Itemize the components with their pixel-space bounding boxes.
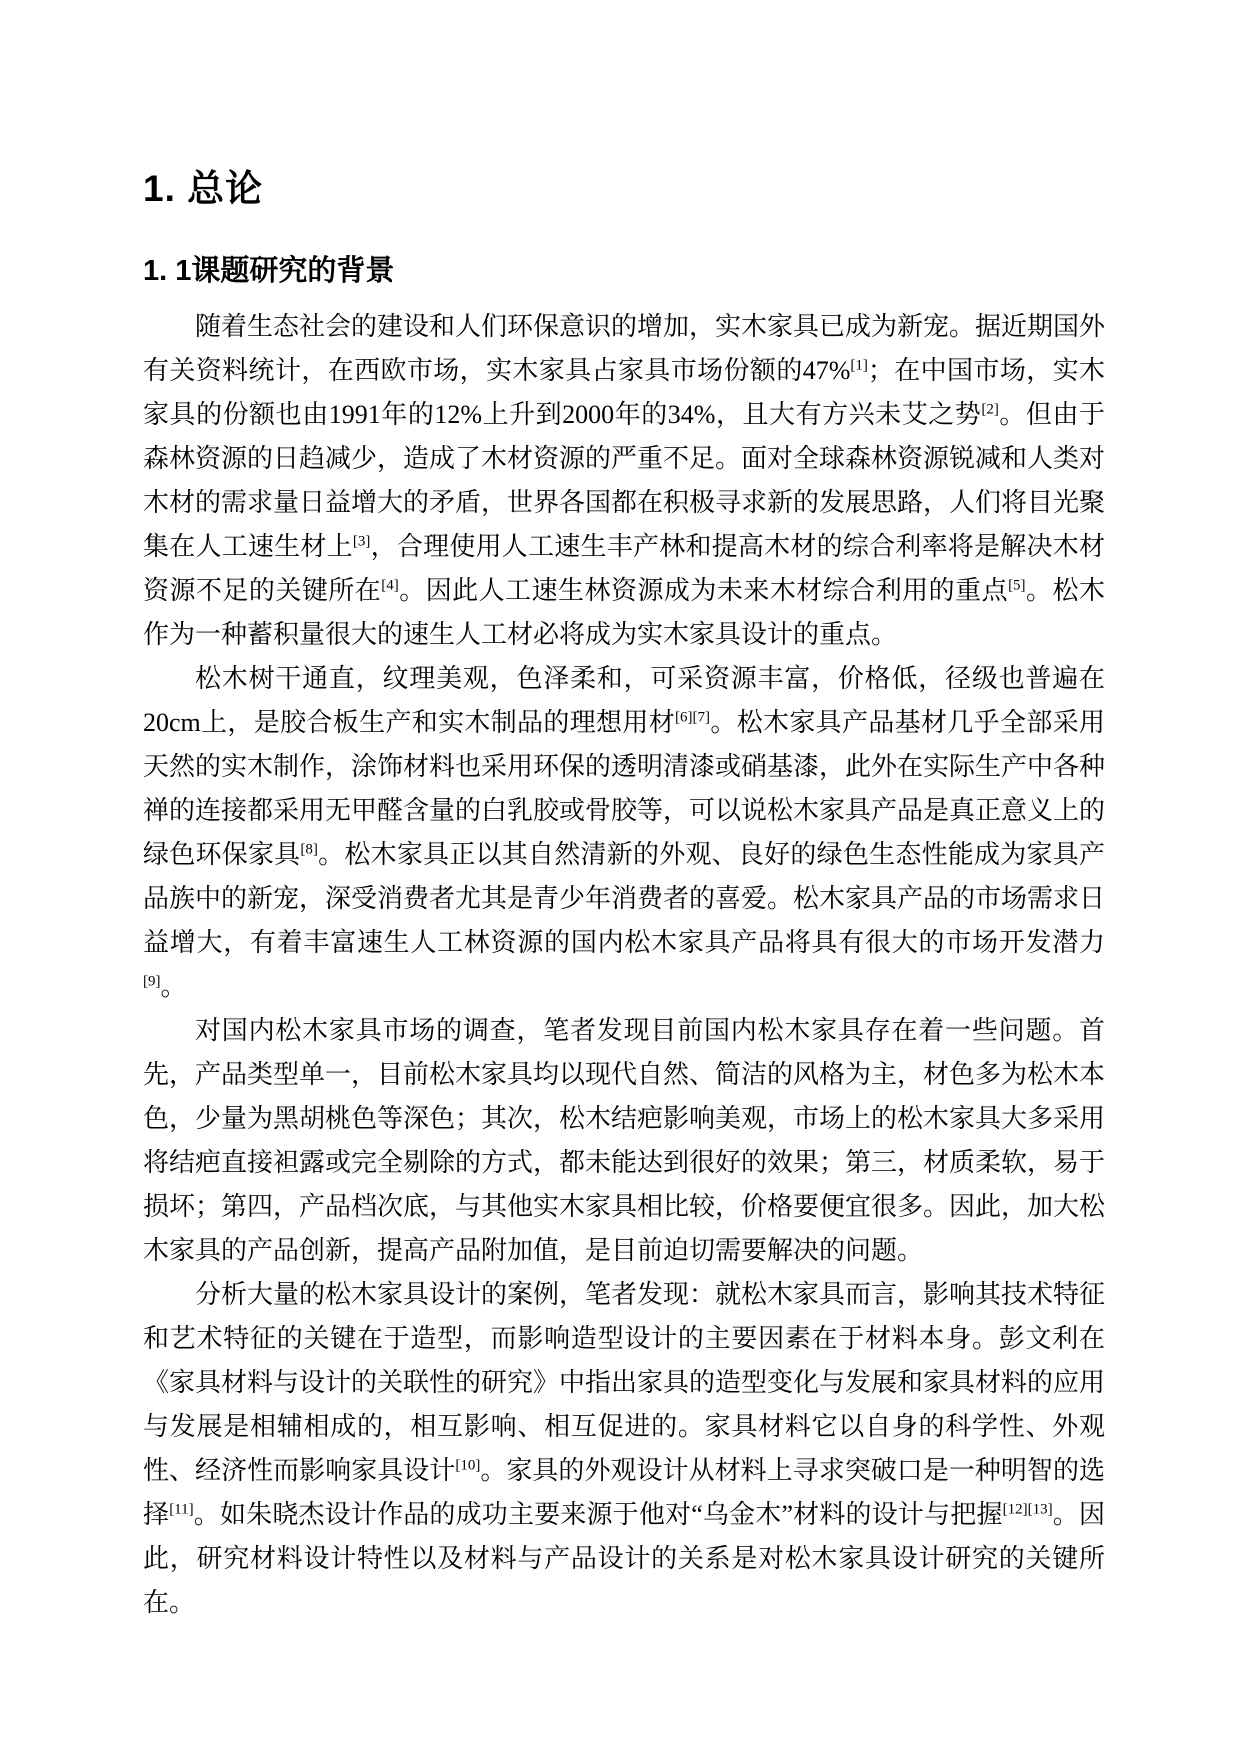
body-paragraph-2: 松木树干通直，纹理美观，色泽柔和，可采资源丰富，价格低，径级也普遍在20cm上，… <box>143 657 1105 1009</box>
citation-ref: [3] <box>353 533 371 549</box>
citation-ref: [12][13] <box>1003 1501 1053 1517</box>
section-title: 1. 1课题研究的背景 <box>143 248 1105 289</box>
body-paragraph-3: 对国内松木家具市场的调查，笔者发现目前国内松木家具存在着一些问题。首先，产品类型… <box>143 1009 1105 1273</box>
citation-ref: [1] <box>850 357 868 373</box>
body-paragraph-4: 分析大量的松木家具设计的案例，笔者发现：就松木家具而言，影响其技术特征和艺术特征… <box>143 1273 1105 1625</box>
body-paragraph-1: 随着生态社会的建设和人们环保意识的增加，实木家具已成为新宠。据近期国外有关资料统… <box>143 305 1105 657</box>
citation-ref: [10] <box>455 1457 480 1473</box>
citation-ref: [9] <box>143 973 161 989</box>
citation-ref: [5] <box>1008 577 1026 593</box>
chapter-title: 1. 总论 <box>143 158 1105 212</box>
citation-ref: [6][7] <box>675 709 710 725</box>
citation-ref: [2] <box>981 401 999 417</box>
citation-ref: [8] <box>300 841 318 857</box>
document-page: 1. 总论 1. 1课题研究的背景 随着生态社会的建设和人们环保意识的增加，实木… <box>0 0 1241 1755</box>
document-body: 随着生态社会的建设和人们环保意识的增加，实木家具已成为新宠。据近期国外有关资料统… <box>143 305 1105 1625</box>
citation-ref: [4] <box>381 577 399 593</box>
citation-ref: [11] <box>169 1501 193 1517</box>
